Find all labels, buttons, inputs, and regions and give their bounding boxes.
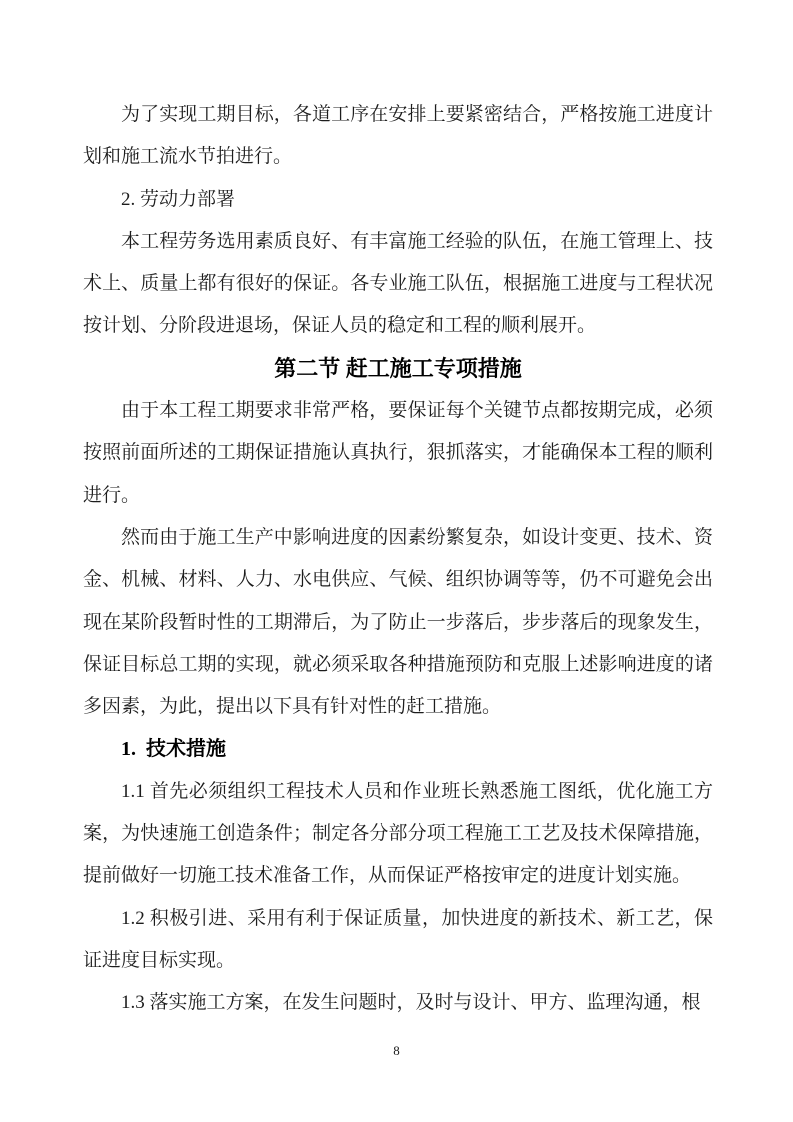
paragraph: 2. 劳动力部署 xyxy=(83,179,713,221)
paragraph: 1.3 落实施工方案，在发生问题时，及时与设计、甲方、监理沟通，根 xyxy=(83,982,713,1024)
paragraph: 为了实现工期目标，各道工序在安排上要紧密结合，严格按施工进度计划和施工流水节拍进… xyxy=(83,94,713,179)
paragraph: 1.1 首先必须组织工程技术人员和作业班长熟悉施工图纸，优化施工方案，为快速施工… xyxy=(83,771,713,898)
bold-subheading: 1. 技术措施 xyxy=(83,728,713,770)
paragraph: 本工程劳务选用素质良好、有丰富施工经验的队伍，在施工管理上、技术上、质量上都有很… xyxy=(83,221,713,348)
paragraph: 1.2 积极引进、采用有利于保证质量，加快进度的新技术、新工艺，保证进度目标实现… xyxy=(83,898,713,983)
section-heading: 第二节 赶工施工专项措施 xyxy=(83,348,713,390)
document-content: 为了实现工期目标，各道工序在安排上要紧密结合，严格按施工进度计划和施工流水节拍进… xyxy=(83,94,713,1025)
page-number: 8 xyxy=(0,1043,793,1059)
document-page: 为了实现工期目标，各道工序在安排上要紧密结合，严格按施工进度计划和施工流水节拍进… xyxy=(0,0,793,1122)
paragraph: 然而由于施工生产中影响进度的因素纷繁复杂，如设计变更、技术、资金、机械、材料、人… xyxy=(83,517,713,728)
paragraph: 由于本工程工期要求非常严格，要保证每个关键节点都按期完成，必须按照前面所述的工期… xyxy=(83,390,713,517)
